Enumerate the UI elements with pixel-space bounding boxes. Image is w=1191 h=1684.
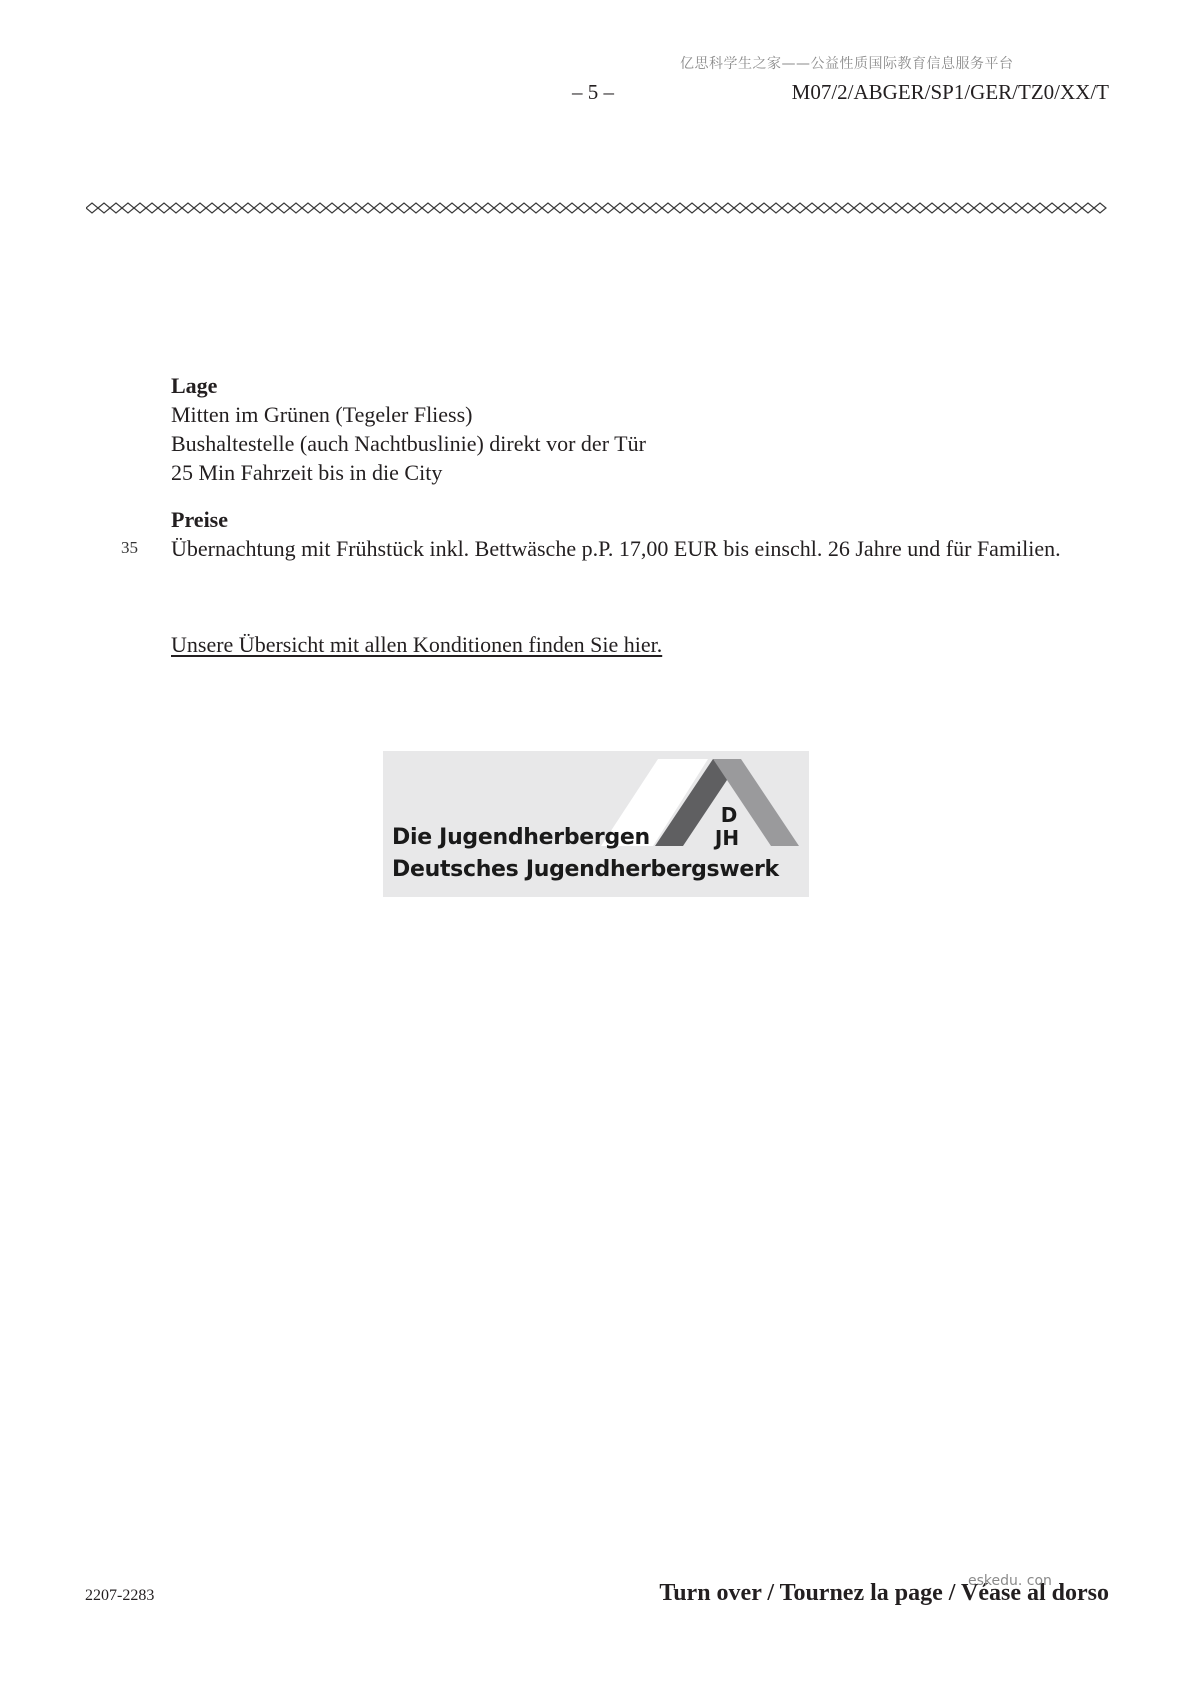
- document-code: 2207-2283: [85, 1587, 154, 1605]
- footer-watermark: eskedu. con: [968, 1573, 1052, 1589]
- section-heading-preise: Preise: [171, 505, 228, 534]
- diamond-border-divider: [86, 200, 1110, 216]
- logo-line-1: Die Jugendherbergen: [392, 825, 650, 850]
- header-watermark: 亿思科学生之家——公益性质国际教育信息服务平台: [680, 53, 1014, 73]
- lage-line-1: Mitten im Grünen (Tegeler Fliess): [171, 400, 646, 429]
- section-lage: Lage Mitten im Grünen (Tegeler Fliess) B…: [171, 371, 646, 487]
- djh-mark-jh: JH: [713, 826, 739, 850]
- page-number: – 5 –: [572, 80, 614, 105]
- logo-line-2: Deutsches Jugendherbergswerk: [392, 857, 779, 882]
- section-heading-lage: Lage: [171, 371, 646, 400]
- exam-code: M07/2/ABGER/SP1/GER/TZ0/XX/T: [792, 80, 1109, 105]
- djh-logo: D JH Die Jugendherbergen Deutsches Jugen…: [383, 751, 809, 897]
- lage-line-3: 25 Min Fahrzeit bis in die City: [171, 458, 646, 487]
- djh-mark-d: D: [721, 803, 738, 827]
- lage-line-2: Bushaltestelle (auch Nachtbuslinie) dire…: [171, 429, 646, 458]
- line-number: 35: [121, 538, 138, 558]
- conditions-overview-link[interactable]: Unsere Übersicht mit allen Konditionen f…: [171, 632, 662, 658]
- preise-text: Übernachtung mit Frühstück inkl. Bettwäs…: [171, 534, 1109, 563]
